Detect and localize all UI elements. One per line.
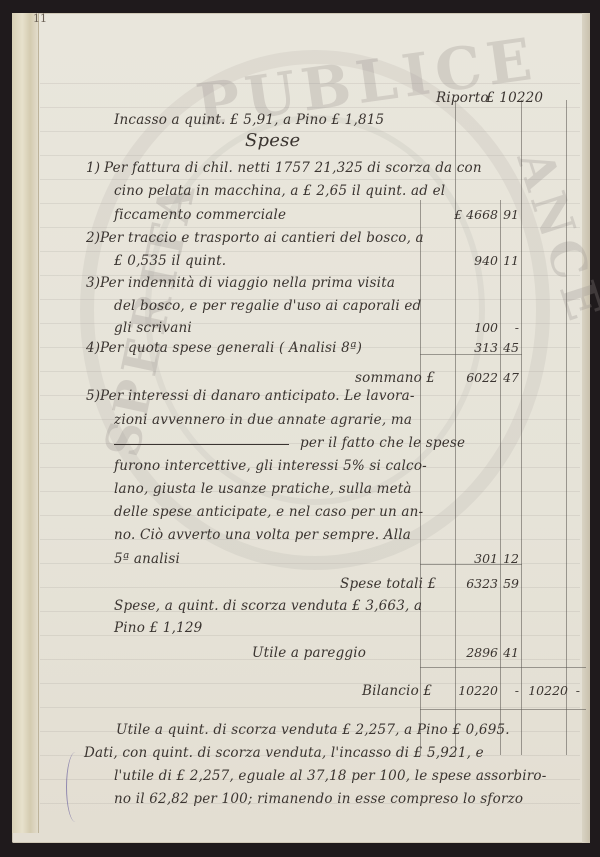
expense-5-line-3: per il fatto che le spese xyxy=(300,435,465,451)
total-expenses-lire: 6323 xyxy=(422,576,498,591)
expense-1-amount-cents: 91 xyxy=(503,207,519,222)
expense-3-amount-cents: - xyxy=(503,320,519,335)
footer-line-1: Utile a quint. di scorza venduta £ 2,257… xyxy=(116,722,510,738)
blank-strike-line xyxy=(114,444,289,445)
section-title-spese: Spese xyxy=(245,130,300,151)
balance-rule-top xyxy=(420,667,586,668)
expense-5-number: 5) xyxy=(86,388,100,404)
expense-5-amount-cents: 12 xyxy=(503,551,519,566)
note-line-2: Pino £ 1,129 xyxy=(114,620,202,636)
expense-2-number: 2) xyxy=(86,230,100,246)
expense-3-number: 3) xyxy=(86,275,100,291)
expense-1-amount-lire: £ 4668 xyxy=(418,207,498,222)
expense-2-amount-lire: 940 xyxy=(422,253,498,268)
expense-4-line-1: Per quota spese generali ( Analisi 8ª) xyxy=(100,340,362,356)
expense-3-line-3: gli scrivani xyxy=(114,320,192,336)
balance-credit-lire: 10220 xyxy=(522,683,568,698)
column-rule-4 xyxy=(566,100,567,755)
margin-mark: 11 xyxy=(33,12,47,25)
page-fold-edge xyxy=(12,13,39,833)
income-line: Incasso a quint. £ 5,91, a Pino £ 1,815 xyxy=(114,112,384,128)
subtotal-amount-lire: 6022 xyxy=(422,370,498,385)
expense-1-number: 1) xyxy=(86,160,100,176)
balance-debit-cents: - xyxy=(503,683,519,698)
expense-5-line-2: zioni avvennero in due annate agrarie, m… xyxy=(114,412,412,428)
carried-forward-amount: £ 10220 xyxy=(486,90,543,106)
expense-4-number: 4) xyxy=(86,340,100,356)
column-rule-3 xyxy=(521,100,522,755)
profit-amount-lire: 2896 xyxy=(422,645,498,660)
expense-2-line-2: £ 0,535 il quint. xyxy=(114,253,226,269)
total-expenses-cents: 59 xyxy=(503,576,519,591)
margin-bracket xyxy=(66,752,85,822)
footer-line-4: no il 62,82 per 100; rimanendo in esse c… xyxy=(114,791,523,807)
column-rule-2 xyxy=(500,200,501,755)
column-rule-lire xyxy=(420,200,421,755)
subtotal-amount-cents: 47 xyxy=(503,370,519,385)
expense-5-amount-lire: 301 xyxy=(422,551,498,566)
expense-1-line-1: Per fattura di chil. netti 1757 21,325 d… xyxy=(104,160,482,176)
expense-3-line-1: Per indennità di viaggio nella prima vis… xyxy=(100,275,395,291)
expense-1-line-3: ficcamento commerciale xyxy=(114,207,286,223)
expense-2-amount-cents: 11 xyxy=(503,253,519,268)
balance-rule-bottom xyxy=(420,709,586,710)
expense-5-line-6: delle spese anticipate, e nel caso per u… xyxy=(114,504,423,520)
note-line-1: Spese, a quint. di scorza venduta £ 3,66… xyxy=(114,598,422,614)
profit-amount-cents: 41 xyxy=(503,645,519,660)
footer-line-2: Dati, con quint. di scorza venduta, l'in… xyxy=(84,745,484,761)
footer-line-3: l'utile di £ 2,257, eguale al 37,18 per … xyxy=(114,768,546,784)
expense-4-amount-cents: 45 xyxy=(503,340,519,355)
carried-forward-label: Riporto xyxy=(436,90,489,106)
balance-credit-cents: - xyxy=(570,683,580,698)
expense-3-line-2: del bosco, e per regalie d'uso ai capora… xyxy=(114,298,421,314)
expense-5-line-8: 5ª analisi xyxy=(114,551,180,567)
expense-3-amount-lire: 100 xyxy=(422,320,498,335)
expense-4-amount-lire: 313 xyxy=(422,340,498,355)
page-right-edge xyxy=(582,13,590,843)
expense-5-line-4: furono intercettive, gli interessi 5% si… xyxy=(114,458,427,474)
profit-label: Utile a pareggio xyxy=(252,645,366,661)
expense-5-line-5: lano, giusta le usanze pratiche, sulla m… xyxy=(114,481,412,497)
expense-5-line-7: no. Ciò avverto una volta per sempre. Al… xyxy=(114,527,411,543)
expense-2-line-1: Per traccio e trasporto ai cantieri del … xyxy=(100,230,424,246)
balance-debit-lire: 10220 xyxy=(422,683,498,698)
expense-5-line-1: Per interessi di danaro anticipato. Le l… xyxy=(100,388,415,404)
expense-1-line-2: cino pelata in macchina, a £ 2,65 il qui… xyxy=(114,183,445,199)
